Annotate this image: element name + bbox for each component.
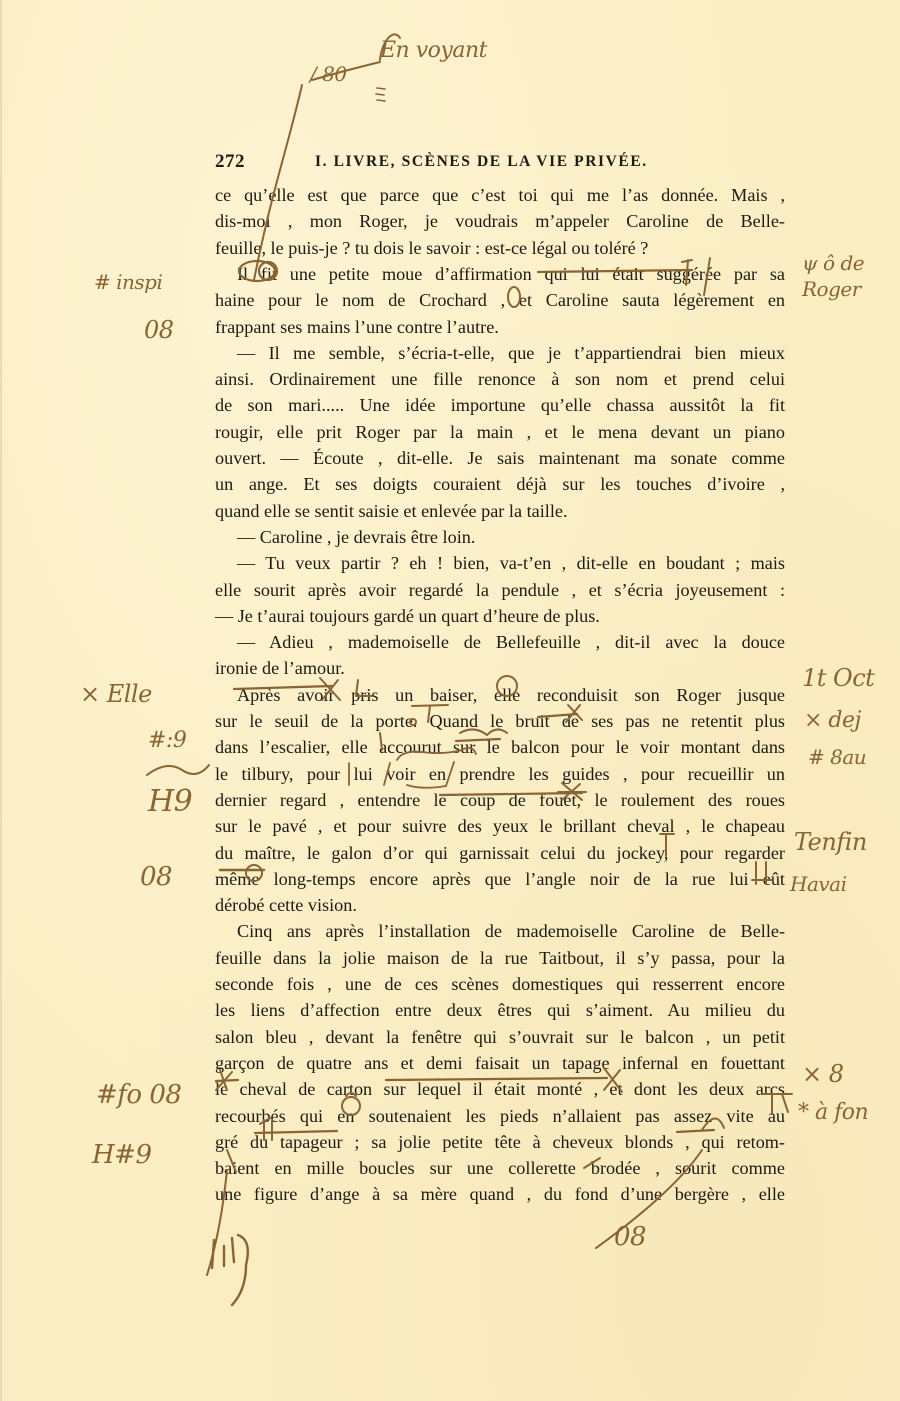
text-line: un ange. Et ses doigts couraient déjà su… — [215, 471, 785, 497]
text-line: même long-temps encore après que l’angle… — [215, 866, 785, 892]
text-line: seconde fois , une de ces scènes domesti… — [215, 971, 785, 997]
text-line: dernier regard , entendre le coup de fou… — [215, 787, 785, 813]
text-line: Après avoir pris un baiser, elle recondu… — [215, 682, 785, 708]
margin-note-right-6: Havai — [790, 872, 846, 896]
text-line: garçon de quatre ans et demi faisait un … — [215, 1050, 785, 1076]
margin-note-right-3: × dej — [804, 708, 861, 733]
text-line: — Caroline , je devrais être loin. — [215, 524, 785, 550]
text-line: rougir, elle prit Roger par la main , et… — [215, 419, 785, 445]
running-head: I. LIVRE, SCÈNES DE LA VIE PRIVÉE. — [315, 153, 648, 171]
margin-note-right-7: × 8 — [802, 1060, 844, 1088]
text-line: Cinq ans après l’installation de mademoi… — [215, 918, 785, 944]
margin-note-right-2: 1t Oct — [802, 664, 874, 692]
text-line: gré du tapageur ; sa jolie petite tête à… — [215, 1129, 785, 1155]
book-page: 272 I. LIVRE, SCÈNES DE LA VIE PRIVÉE. c… — [0, 0, 900, 1401]
page-header: 272 I. LIVRE, SCÈNES DE LA VIE PRIVÉE. — [215, 151, 785, 175]
margin-note-top-mark: / 80 — [310, 62, 347, 86]
text-line: feuille, le puis-je ? tu dois le savoir … — [215, 235, 785, 261]
margin-note-right-1: ψ ô de Roger — [802, 250, 892, 302]
margin-note-left-7: #fo 08 — [96, 1080, 181, 1110]
margin-note-top: En voyant — [380, 38, 487, 63]
text-line: du maître, le galon d’or qui garnissait … — [215, 840, 785, 866]
text-line: — Il me semble, s’écria-t-elle, que je t… — [215, 340, 785, 366]
margin-note-left-1: # inspi — [94, 270, 162, 294]
margin-note-left-2: 08 — [144, 316, 174, 344]
text-line: — Tu veux partir ? eh ! bien, va-t’en , … — [215, 550, 785, 576]
text-line: une figure d’ange à sa mère quand , du f… — [215, 1181, 785, 1207]
page-number: 272 — [215, 151, 245, 173]
margin-note-left-6: 08 — [140, 862, 172, 892]
text-line: ironie de l’amour. — [215, 655, 785, 681]
text-line: — Je t’aurai toujours gardé un quart d’h… — [215, 603, 785, 629]
text-line: ouvert. — Écoute , dit-elle. Je sais mai… — [215, 445, 785, 471]
text-line: dans l’escalier, elle accourut sur le ba… — [215, 734, 785, 760]
text-line: le cheval de carton sur lequel il était … — [215, 1076, 785, 1102]
text-line: le tilbury, pour lui voir en prendre les… — [215, 761, 785, 787]
text-line: de son mari..... Une idée importune qu’e… — [215, 392, 785, 418]
text-line: baient en mille boucles sur une colleret… — [215, 1155, 785, 1181]
text-line: ainsi. Ordinairement une fille renonce à… — [215, 366, 785, 392]
text-line: feuille dans la jolie maison de la rue T… — [215, 945, 785, 971]
text-line: — Adieu , mademoiselle de Bellefeuille ,… — [215, 629, 785, 655]
margin-note-right-4: # 8au — [808, 745, 866, 769]
text-line: sur le pavé , et pour suivre des yeux le… — [215, 813, 785, 839]
margin-note-left-4: #:9 — [148, 728, 186, 753]
text-line: dérobé cette vision. — [215, 892, 785, 918]
text-line: haine pour le nom de Crochard , et Carol… — [215, 287, 785, 313]
text-line: frappant ses mains l’une contre l’autre. — [215, 314, 785, 340]
text-line: sur le seuil de la porte. Quand le bruit… — [215, 708, 785, 734]
text-line: ce qu’elle est que parce que c’est toi q… — [215, 182, 785, 208]
text-line: quand elle se sentit saisie et enlevée p… — [215, 498, 785, 524]
text-line: salon bleu , devant la fenêtre qui s’ouv… — [215, 1024, 785, 1050]
text-line: Il fit une petite moue d’affirmation qui… — [215, 261, 785, 287]
margin-note-left-3: × Elle — [80, 680, 152, 708]
margin-note-right-8: * à fon — [798, 1100, 868, 1125]
text-line: les liens d’affection entre deux êtres q… — [215, 997, 785, 1023]
text-line: recourbés qui en soutenaient les pieds n… — [215, 1103, 785, 1129]
margin-note-left-8: H#9 — [92, 1140, 152, 1170]
margin-note-left-5: H9 — [148, 784, 192, 819]
text-line: dis-moi , mon Roger, je voudrais m’appel… — [215, 208, 785, 234]
margin-note-bottom-right: 08 — [614, 1222, 646, 1252]
margin-note-right-5: Tenfin — [794, 828, 867, 856]
text-line: elle sourit après avoir regardé la pendu… — [215, 577, 785, 603]
